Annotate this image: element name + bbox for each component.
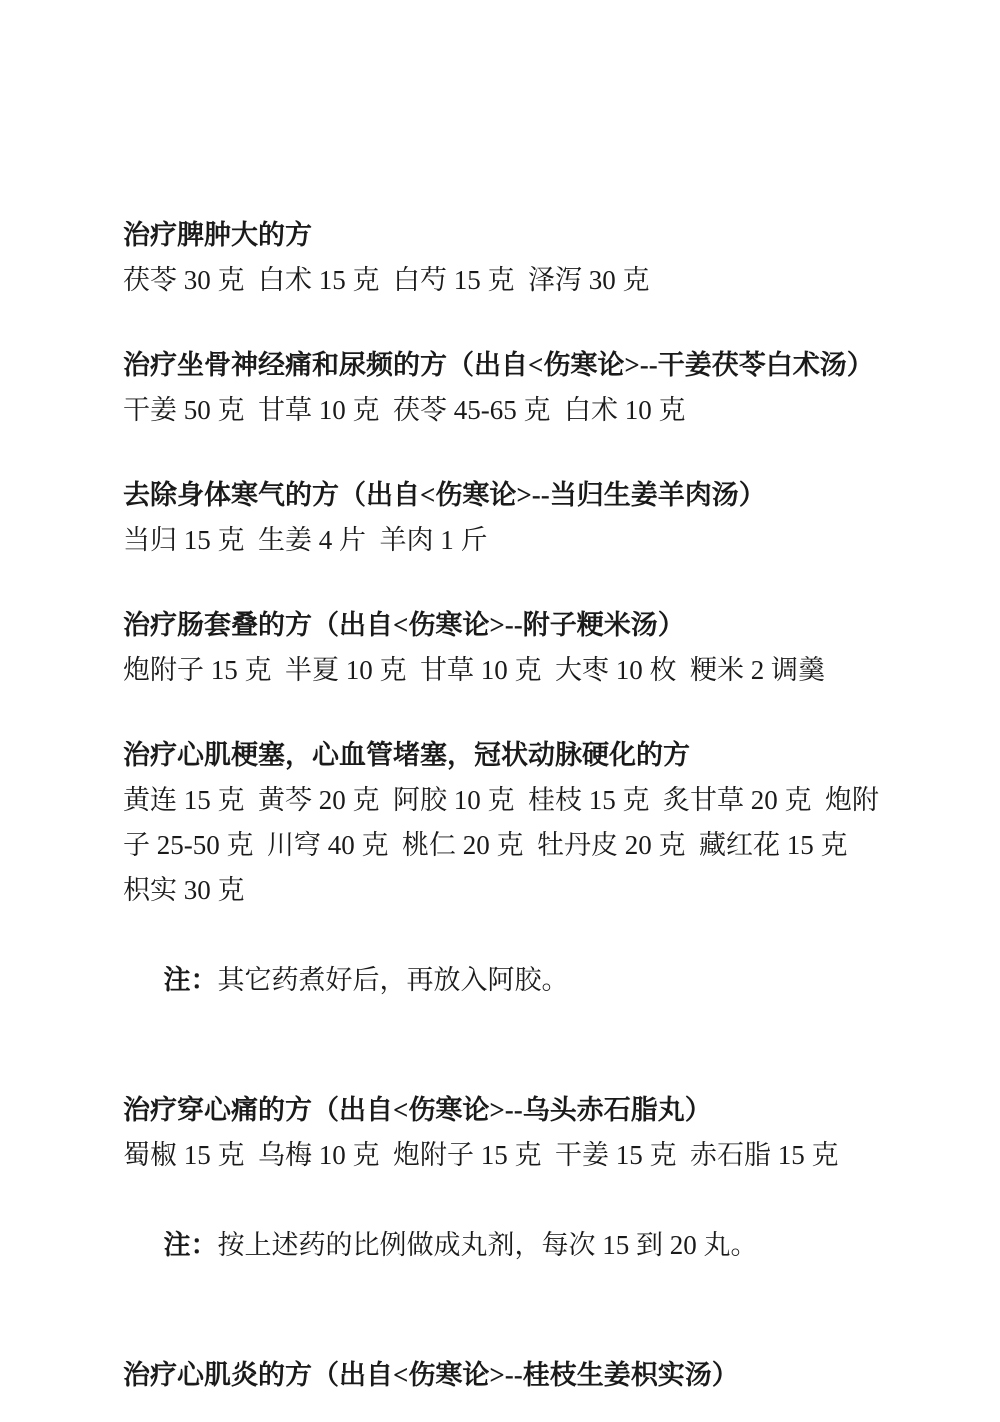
recipe-section: 治疗心肌炎的方（出自<伤寒论>--桂枝生姜枳实汤） (123, 1353, 879, 1398)
recipe-line: 茯苓 30 克 白术 15 克 白芍 15 克 泽泻 30 克 (123, 258, 879, 303)
note-text: 按上述药的比例做成丸剂，每次 15 到 20 丸。 (218, 1230, 758, 1260)
section-title: 治疗心肌梗塞，心血管堵塞，冠状动脉硬化的方 (123, 733, 879, 778)
note-text: 其它药煮好后，再放入阿胶。 (218, 965, 569, 995)
document-page: 治疗脾肿大的方 茯苓 30 克 白术 15 克 白芍 15 克 泽泻 30 克 … (0, 0, 1000, 1422)
note-label: 注： (164, 1230, 218, 1260)
recipe-line: 蜀椒 15 克 乌梅 10 克 炮附子 15 克 干姜 15 克 赤石脂 15 … (123, 1133, 879, 1178)
recipe-section: 治疗脾肿大的方 茯苓 30 克 白术 15 克 白芍 15 克 泽泻 30 克 (123, 213, 879, 303)
recipe-section: 治疗坐骨神经痛和尿频的方（出自<伤寒论>--干姜茯苓白术汤） 干姜 50 克 甘… (123, 343, 879, 433)
section-title: 治疗脾肿大的方 (123, 213, 879, 258)
recipe-section: 治疗肠套叠的方（出自<伤寒论>--附子粳米汤） 炮附子 15 克 半夏 10 克… (123, 603, 879, 693)
recipe-section: 治疗心肌梗塞，心血管堵塞，冠状动脉硬化的方 黄连 15 克 黄芩 20 克 阿胶… (123, 733, 879, 1048)
section-title: 去除身体寒气的方（出自<伤寒论>--当归生姜羊肉汤） (123, 473, 879, 518)
section-title: 治疗坐骨神经痛和尿频的方（出自<伤寒论>--干姜茯苓白术汤） (123, 343, 879, 388)
note-label: 注： (164, 965, 218, 995)
note-line: 注：按上述药的比例做成丸剂，每次 15 到 20 丸。 (123, 1178, 879, 1313)
recipe-section: 治疗穿心痛的方（出自<伤寒论>--乌头赤石脂丸） 蜀椒 15 克 乌梅 10 克… (123, 1088, 879, 1313)
recipe-line: 当归 15 克 生姜 4 片 羊肉 1 斤 (123, 518, 879, 563)
recipe-line: 黄连 15 克 黄芩 20 克 阿胶 10 克 桂枝 15 克 炙甘草 20 克… (123, 778, 879, 913)
recipe-line: 炮附子 15 克 半夏 10 克 甘草 10 克 大枣 10 枚 粳米 2 调羹 (123, 648, 879, 693)
section-title: 治疗肠套叠的方（出自<伤寒论>--附子粳米汤） (123, 603, 879, 648)
recipe-line: 干姜 50 克 甘草 10 克 茯苓 45-65 克 白术 10 克 (123, 388, 879, 433)
recipe-section: 去除身体寒气的方（出自<伤寒论>--当归生姜羊肉汤） 当归 15 克 生姜 4 … (123, 473, 879, 563)
section-title: 治疗心肌炎的方（出自<伤寒论>--桂枝生姜枳实汤） (123, 1353, 879, 1398)
section-title: 治疗穿心痛的方（出自<伤寒论>--乌头赤石脂丸） (123, 1088, 879, 1133)
note-line: 注：其它药煮好后，再放入阿胶。 (123, 913, 879, 1048)
